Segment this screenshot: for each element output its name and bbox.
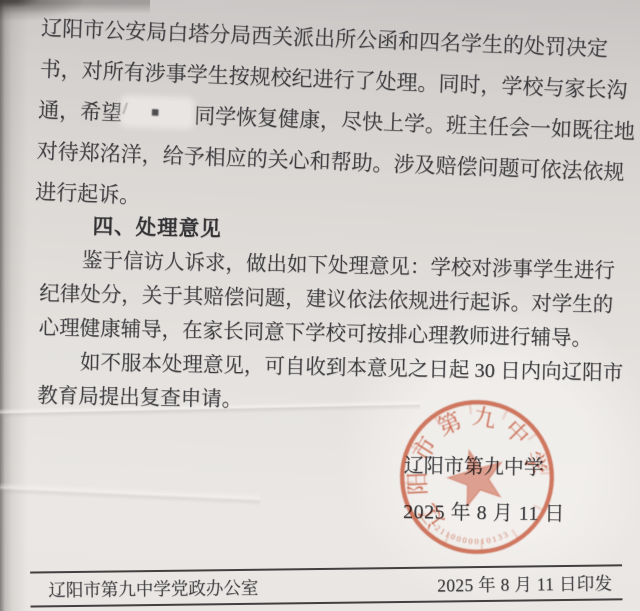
redacted-student-name: ■	[124, 99, 191, 125]
paper-left-edge-shadow	[0, 0, 30, 611]
official-seal: 辽阳市第九中学 2110000010133	[385, 385, 569, 569]
line-3-suffix: 同学恢复健康，尽快上学。班主任会一如既往地	[194, 104, 636, 144]
paragraph-1: 辽阳市公安局白塔分局西关派出所公函和四名学生的处罚决定 书，对所有涉事学生按规校…	[34, 8, 638, 235]
print-issue-date: 2025 年 8 月 11 日印发	[437, 570, 612, 597]
issuing-office: 辽阳市第九中学党政办公室	[48, 575, 258, 603]
document-photo: 辽阳市公安局白塔分局西关派出所公函和四名学生的处罚决定 书，对所有涉事学生按规校…	[0, 0, 640, 611]
paper-crease	[0, 482, 260, 505]
seal-star	[442, 443, 510, 509]
line-3-prefix: 通，希望	[38, 98, 123, 125]
document-footer: 辽阳市第九中学党政办公室 2025 年 8 月 11 日印发	[0, 557, 640, 611]
redaction-square-mark: ■	[151, 105, 159, 118]
